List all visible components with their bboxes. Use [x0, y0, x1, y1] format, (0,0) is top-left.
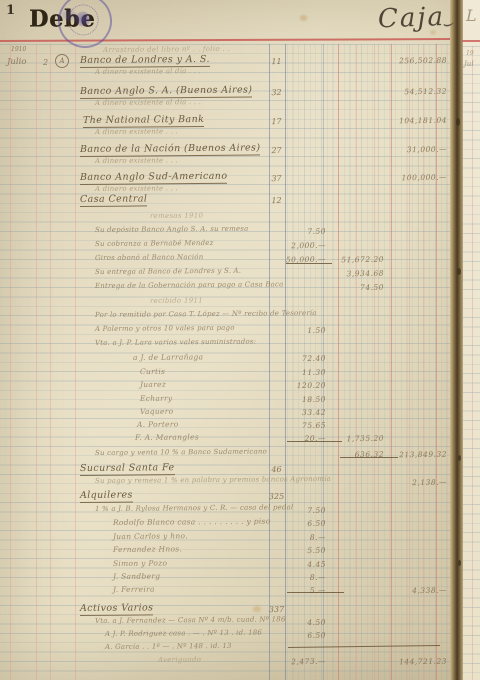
entry-text: The National City Bank — [83, 114, 204, 128]
entry-text: A. Portero — [137, 420, 179, 429]
amount-col3: 100,000.— — [392, 174, 447, 182]
money-rule-red-1 — [338, 44, 339, 680]
entry-text: Giros abonó al Banco Nación — [95, 253, 204, 262]
next-page-year: 19 — [466, 50, 474, 57]
entry-text: Banco Anglo S. A. (Buenos Aires) — [80, 84, 252, 99]
amount-col1: 120.20 — [284, 382, 326, 390]
entry-text-row: A dinero existente . . . — [95, 185, 178, 193]
entry-text-row: Su entrega al Banco de Londres y S. A. — [95, 268, 241, 276]
entry-text: Alquileres — [80, 490, 133, 503]
folio-number: 12 — [268, 197, 285, 205]
amount-col3: 2,138.— — [392, 479, 447, 487]
folio-number: 337 — [268, 606, 285, 614]
entry-text: Curtis — [140, 367, 165, 376]
entry-text-row: Arrastrado del libro nº . . folio . . — [103, 46, 230, 54]
page-number: 1 — [6, 3, 15, 18]
amount-col1: 4.45 — [284, 561, 326, 569]
account-title-row: Casa Central — [80, 194, 147, 204]
money-rule-pink-1 — [356, 44, 357, 680]
entry-text-row: A dinero existente al día . . . — [95, 68, 201, 76]
entry-text: Su cargo y venta 10 % a Banco Sudamerica… — [95, 447, 267, 457]
amount-col1: 6.50 — [284, 632, 326, 640]
entry-text: Banco Anglo Sud-Americano — [80, 171, 228, 185]
entry-text: Averiguado — [158, 656, 201, 664]
entry-text-row: a J. de Larrañaga — [133, 353, 204, 361]
amount-col1: 2,473.— — [284, 658, 326, 666]
amount-col1: 4.50 — [284, 619, 326, 627]
entry-text: Su depósito Banco Anglo S. A. su remesa — [95, 225, 249, 234]
entry-text-row: Su depósito Banco Anglo S. A. su remesa — [95, 226, 249, 234]
binding-speck — [458, 560, 461, 566]
entry-text: Vaquero — [140, 407, 174, 416]
entry-text-row: Giros abonó al Banco Nación — [95, 254, 203, 262]
next-page-partial-heading: L — [466, 6, 477, 25]
day-column-rule — [50, 44, 51, 680]
money-rule-pink-3 — [409, 44, 410, 680]
entry-text-row: J. Sandberg — [113, 573, 160, 581]
account-title-row: Sucursal Santa Fe — [80, 463, 175, 473]
binding-speck — [456, 118, 460, 126]
entry-text: J. Sandberg — [113, 572, 160, 581]
entry-text: Sucursal Santa Fe — [80, 462, 175, 476]
amount-col1: 7.50 — [284, 507, 326, 515]
amount-col3: 213,849.32 — [392, 451, 447, 459]
folio-number: 32 — [268, 89, 285, 97]
entry-text-row: Juarez — [140, 381, 166, 389]
amount-col1: 2,000.— — [284, 242, 326, 250]
amount-col2: 3,934.68 — [338, 270, 384, 278]
account-title-row: Banco de Londres y A. S. — [80, 55, 210, 66]
sum-rule — [287, 592, 344, 593]
next-page-red-rule — [462, 40, 480, 42]
folio-number: 325 — [268, 493, 285, 501]
entry-text: Activos Varios — [80, 602, 154, 616]
entry-text: a J. de Larrañaga — [133, 352, 204, 362]
sum-rule — [340, 457, 398, 458]
entry-text-row: recibido 1911 — [150, 298, 203, 305]
entry-text-row: Rodolfo Blanco casa . . . . . . . . . y … — [113, 518, 271, 527]
entry-text-row: Curtis — [140, 368, 165, 376]
entry-text: Vta. a J. Fernandez — Casa Nº 4 m/b. cua… — [95, 615, 286, 625]
entry-text-row: F. A. Marangles — [135, 433, 199, 441]
amount-col3: 256,502.88 — [392, 57, 447, 65]
amount-col3: 104,181.04 — [392, 117, 447, 125]
entry-text-row: Fernandez Hnos. — [113, 545, 182, 553]
entry-text: recibido 1911 — [150, 297, 203, 305]
amount-col1: 5.— — [284, 587, 326, 595]
money-rule-pink-4 — [423, 44, 424, 680]
entry-text-row: A J. P. Rodriguez casa . — . Nº 13 . id.… — [105, 630, 262, 638]
posting-mark: A — [55, 54, 69, 68]
entry-text-row: Su cargo y venta 10 % a Banco Sudamerica… — [95, 448, 267, 457]
entry-text-row: Echarry — [140, 395, 173, 403]
margin-rule — [10, 44, 11, 680]
entry-text: Vta. a J. P. Lara varios vales suministr… — [95, 338, 256, 347]
folio-number: 37 — [268, 175, 285, 183]
entry-text: Rodolfo Blanco casa . . . . . . . . . y … — [113, 517, 271, 527]
entry-text: Arrastrado del libro nº . . folio . . — [103, 45, 230, 54]
entry-text: A dinero existente al día . . . — [95, 67, 201, 76]
amount-col3: 54,512.32 — [392, 88, 447, 96]
next-page-month: Jul — [464, 60, 474, 68]
entry-text: Juan Carlos y hno. — [113, 531, 188, 541]
account-title-row: Banco Anglo S. A. (Buenos Aires) — [80, 85, 252, 96]
entry-text: A J. P. Rodriguez casa . — . Nº 13 . id.… — [105, 629, 262, 638]
amount-col1: 72.40 — [284, 355, 326, 363]
entry-text: Entrega de la Gobernación para pago a Ca… — [95, 280, 284, 290]
paper-stain — [300, 15, 307, 21]
amount-col3: 4,338.— — [392, 587, 447, 595]
entry-text: Echarry — [140, 394, 173, 403]
entry-text: F. A. Marangles — [135, 432, 199, 442]
entry-text-row: A. Portero — [137, 421, 179, 429]
entry-text-row: Vta. a J. P. Lara varios vales suministr… — [95, 339, 256, 347]
entry-text-row: A dinero existente al día . . . — [95, 99, 201, 107]
entry-text-row: A dinero existente . . . — [95, 128, 178, 136]
entry-text: Banco de Londres y A. S. — [80, 54, 210, 68]
money-rule-pink-2 — [374, 44, 375, 680]
entry-text-row: A dinero existente . . . — [95, 157, 178, 165]
amount-col1: 11.30 — [284, 369, 326, 377]
paper-stain — [253, 606, 261, 612]
entry-text: J. Ferreira — [113, 585, 155, 594]
entry-text: A Palermo y otros 10 vales para pago — [95, 324, 235, 333]
folio-number: 11 — [268, 58, 285, 66]
entry-year: 1910 — [11, 46, 26, 53]
entry-text-row: A. García . . 1ª — . Nº 148 . id. 13 — [105, 643, 232, 651]
next-page-rule — [472, 46, 473, 680]
amount-col1: 33.42 — [284, 409, 326, 417]
entry-text-row: Simon y Pozo — [113, 560, 167, 568]
amount-col2: 51,672.20 — [338, 256, 384, 264]
sum-rule — [286, 263, 332, 264]
entry-text-row: A Palermo y otros 10 vales para pago — [95, 325, 235, 333]
sum-rule — [287, 441, 342, 442]
entry-text: A dinero existente . . . — [95, 127, 178, 136]
entry-text-row: Vaquero — [140, 408, 174, 416]
binding-speck — [458, 455, 461, 461]
money-rule-red-2 — [391, 44, 392, 680]
amount-col1: 6.50 — [284, 520, 326, 528]
folio-number: 46 — [268, 466, 285, 474]
money-rule-red-3 — [436, 44, 437, 680]
date-column-rule — [36, 44, 37, 680]
entry-text: A dinero existente . . . — [95, 156, 178, 165]
flourish: ⌣ — [439, 12, 456, 35]
entry-text: Casa Central — [80, 193, 147, 207]
account-title-text: Caja — [378, 2, 446, 34]
entry-text: Su cobranza a Bernabé Mendez — [95, 239, 214, 248]
amount-col3: 31,000.— — [392, 146, 447, 154]
entry-text-row: Juan Carlos y hno. — [113, 532, 188, 540]
amount-col1: 8.— — [284, 534, 326, 542]
mark-column-rule — [75, 44, 76, 680]
amount-col1: 1.50 — [284, 327, 326, 335]
entry-text: Juarez — [140, 380, 166, 389]
ledger-page: L 19 Jul 1 Debe Caja⌣ 1910 Julio 2 A Arr… — [0, 0, 480, 680]
account-title-row: Activos Varios — [80, 603, 154, 613]
amount-col1: 75.65 — [284, 422, 326, 430]
folio-number: 27 — [268, 147, 285, 155]
binding-speck — [457, 268, 461, 275]
entry-text: remesas 1910 — [150, 212, 203, 220]
account-title: Caja⌣ — [378, 2, 460, 35]
amount-col2: 74.50 — [338, 284, 384, 292]
entry-day: 2 — [43, 58, 48, 67]
entry-text-row: Averiguado — [158, 657, 201, 664]
entry-month: Julio — [7, 57, 26, 67]
account-title-row: The National City Bank — [83, 115, 204, 126]
amount-col1: 7.50 — [284, 228, 326, 236]
entry-text: A dinero existente . . . — [95, 184, 178, 193]
entry-text: A. García . . 1ª — . Nº 148 . id. 13 — [105, 642, 232, 651]
folio-column-rule-left — [269, 44, 270, 680]
next-page-edge — [463, 0, 480, 680]
account-title-row: Alquileres — [80, 491, 133, 501]
entry-text: Fernandez Hnos. — [113, 544, 182, 554]
entry-text: Banco de la Nación (Buenos Aires) — [80, 142, 261, 157]
account-title-row: Banco de la Nación (Buenos Aires) — [80, 143, 261, 154]
entry-text-row: remesas 1910 — [150, 213, 203, 220]
entry-text: Su entrega al Banco de Londres y S. A. — [95, 267, 241, 276]
entry-text-row: J. Ferreira — [113, 586, 155, 594]
amount-col1: 18.50 — [284, 396, 326, 404]
amount-col2: 1,735.20 — [338, 435, 384, 443]
account-title-row: Banco Anglo Sud-Americano — [80, 172, 228, 183]
entry-text-row: Su cobranza a Bernabé Mendez — [95, 240, 214, 248]
amount-col1: 8.— — [284, 574, 326, 582]
entry-text: A dinero existente al día . . . — [95, 98, 201, 107]
folio-number: 17 — [268, 118, 285, 126]
amount-col1: 5.50 — [284, 547, 326, 555]
entry-text: Simon y Pozo — [113, 559, 167, 568]
amount-col3: 144,721.23 — [392, 658, 447, 666]
page-edge-binding — [450, 0, 463, 680]
